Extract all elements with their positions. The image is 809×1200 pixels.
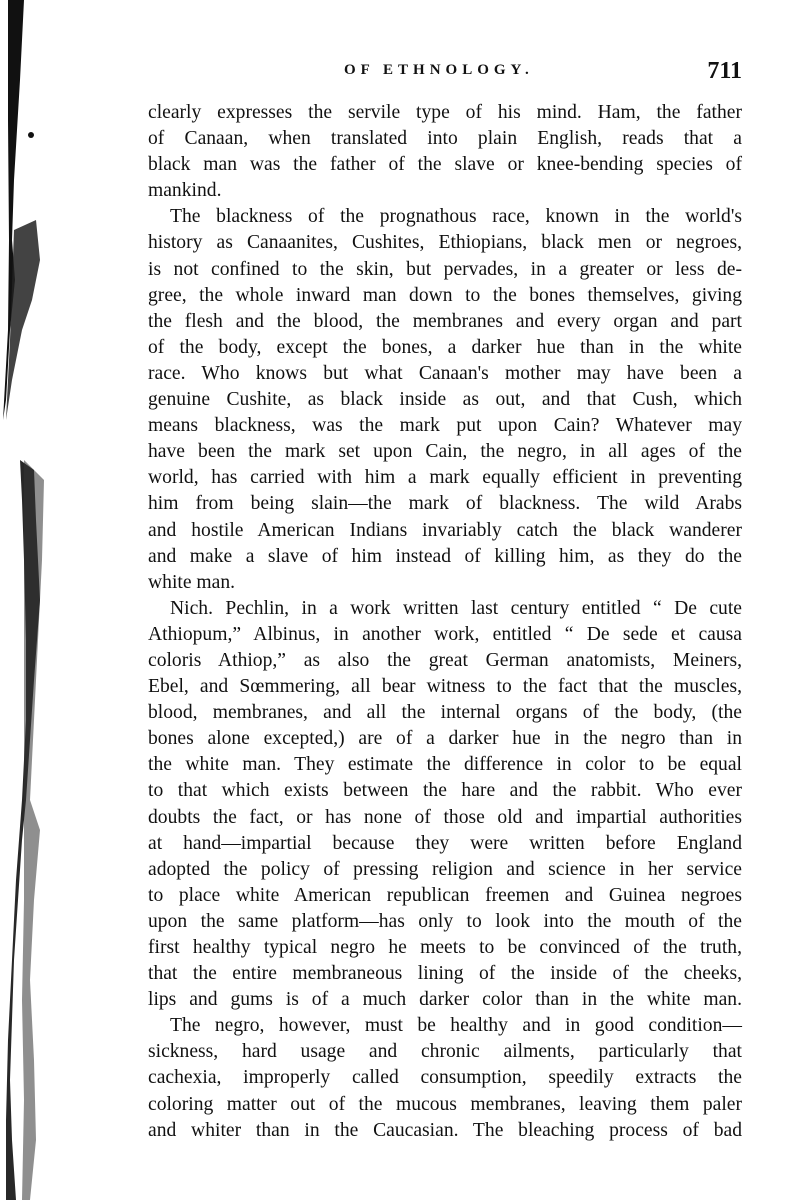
text-line: cachexia, improperly called consumption,… [148, 1065, 742, 1091]
text-line: Ebel, and Sœmmering, all bear witness to… [148, 674, 742, 700]
text-line: and hostile American Indians invariably … [148, 518, 742, 544]
text-line: lips and gums is of a much darker color … [148, 987, 742, 1013]
text-line: and whiter than in the Caucasian. The bl… [148, 1118, 742, 1144]
text-line: world, has carried with him a mark equal… [148, 465, 742, 491]
text-line: that the entire membraneous lining of th… [148, 961, 742, 987]
text-line: Nich. Pechlin, in a work written last ce… [148, 596, 742, 622]
text-line: at hand—impartial because they were writ… [148, 831, 742, 857]
text-line: coloring matter out of the mucous membra… [148, 1092, 742, 1118]
text-line: doubts the fact, or has none of those ol… [148, 805, 742, 831]
running-title: OF ETHNOLOGY. [344, 62, 534, 79]
text-line: to that which exists between the hare an… [148, 778, 742, 804]
text-line: coloris Athiop,” as also the great Germa… [148, 648, 742, 674]
text-line: sickness, hard usage and chronic ailment… [148, 1039, 742, 1065]
body-text: clearly expresses the servile type of hi… [148, 100, 742, 1144]
text-line: white man. [148, 570, 742, 596]
text-line: upon the same platform—has only to look … [148, 909, 742, 935]
text-line: genuine Cushite, as black inside as out,… [148, 387, 742, 413]
text-line: history as Canaanites, Cushites, Ethiopi… [148, 230, 742, 256]
text-line: Athiopum,” Albinus, in another work, ent… [148, 622, 742, 648]
text-line: and make a slave of him instead of killi… [148, 544, 742, 570]
paragraph: Nich. Pechlin, in a work written last ce… [148, 596, 742, 1014]
binding-shadow [0, 0, 60, 1200]
text-line: to place white American republican freem… [148, 883, 742, 909]
text-line: first healthy typical negro he meets to … [148, 935, 742, 961]
text-line: mankind. [148, 178, 742, 204]
text-line: means blackness, was the mark put upon C… [148, 413, 742, 439]
text-line: is not confined to the skin, but pervade… [148, 257, 742, 283]
text-line: The negro, however, must be healthy and … [148, 1013, 742, 1039]
text-line: race. Who knows but what Canaan's mother… [148, 361, 742, 387]
text-line: of the body, except the bones, a darker … [148, 335, 742, 361]
text-line: clearly expresses the servile type of hi… [148, 100, 742, 126]
text-line: blood, membranes, and all the internal o… [148, 700, 742, 726]
text-line: gree, the whole inward man down to the b… [148, 283, 742, 309]
text-line: the flesh and the blood, the membranes a… [148, 309, 742, 335]
text-line: him from being slain—the mark of blackne… [148, 491, 742, 517]
text-line: of Canaan, when translated into plain En… [148, 126, 742, 152]
text-line: black man was the father of the slave or… [148, 152, 742, 178]
paragraph: clearly expresses the servile type of hi… [148, 100, 742, 204]
page-number: 711 [707, 58, 742, 85]
text-line: The blackness of the prognathous race, k… [148, 204, 742, 230]
text-line: adopted the policy of pressing religion … [148, 857, 742, 883]
text-line: have been the mark set upon Cain, the ne… [148, 439, 742, 465]
text-line: bones alone excepted,) are of a darker h… [148, 726, 742, 752]
book-page: OF ETHNOLOGY. 711 clearly expresses the … [0, 0, 809, 1200]
text-line: the white man. They estimate the differe… [148, 752, 742, 778]
paragraph: The negro, however, must be healthy and … [148, 1013, 742, 1143]
running-head: OF ETHNOLOGY. 711 [148, 58, 742, 88]
paragraph: The blackness of the prognathous race, k… [148, 204, 742, 595]
